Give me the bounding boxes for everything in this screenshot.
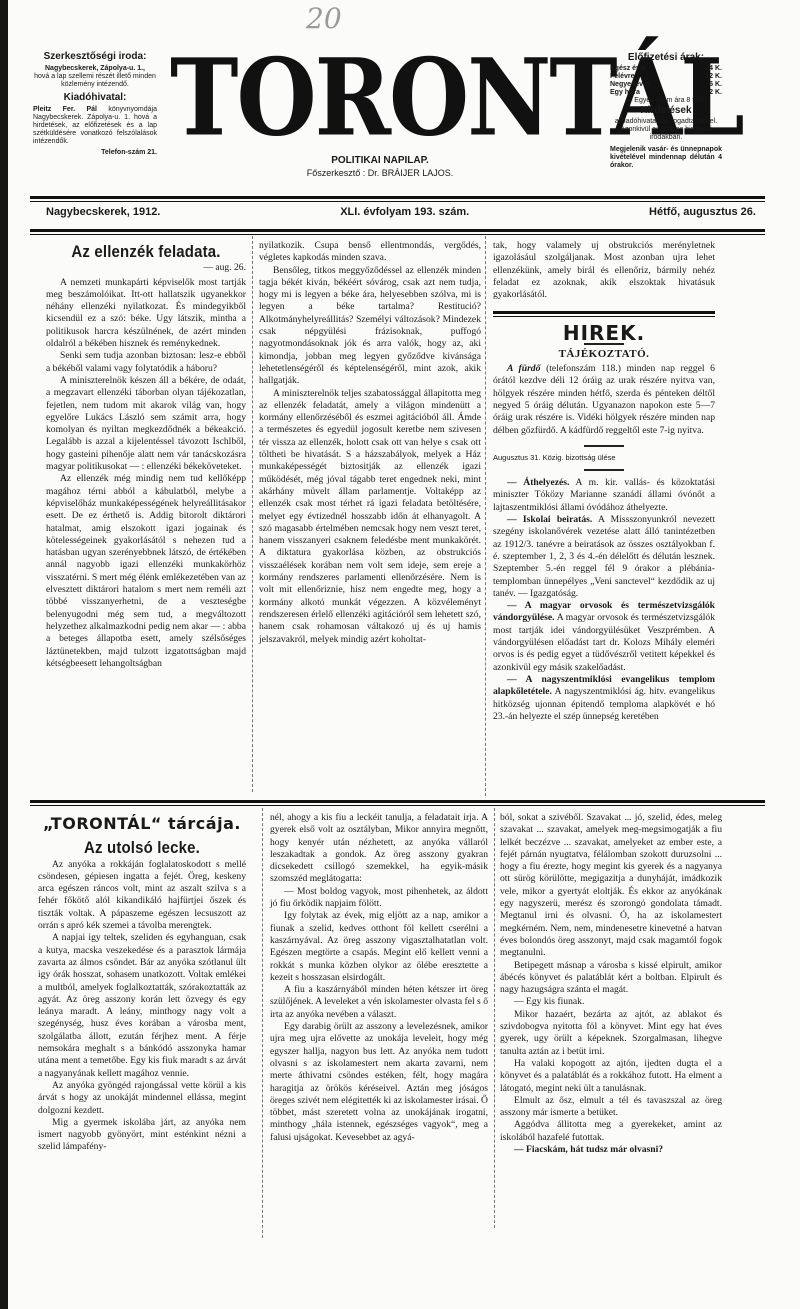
paragraph: tak, hogy valamely uj obstrukciós merény… (493, 240, 715, 301)
column-divider (252, 236, 253, 792)
single-issue-price: — Egyes szám ára 8 fillér. (610, 97, 722, 105)
editorial-column-3-news: tak, hogy valamely uj obstrukciós merény… (493, 240, 715, 723)
editorial-office-text: hová a lap szellemi részét illető minden… (33, 73, 157, 89)
paragraph: Az ellenzék még mindig nem tud kellőképp… (46, 473, 246, 670)
handwritten-note: 20 (306, 2, 342, 35)
editorial-office-address: Nagybecskerek, Zápolya-u. 1., (33, 65, 157, 73)
bath-lead: A fürdő (507, 363, 540, 374)
paragraph: Ha valaki kopogott az ajtón, ijedten dug… (500, 1058, 722, 1095)
paragraph: — Most boldog vagyok, most pihenhetek, a… (270, 886, 488, 911)
paragraph: A miniszterelnök készen áll a békére, de… (46, 375, 246, 473)
price-value: 6 K. (709, 81, 722, 89)
subscription-box: Előfizetési árak: Egész évre24 K. Félévr… (610, 52, 722, 170)
divider (584, 469, 624, 471)
paragraph: Igy folytak az évek, mig eljött az a nap… (270, 910, 488, 984)
paragraph: Egy darabig örült az asszony a levelezés… (270, 1021, 488, 1144)
feuilleton-headline: Az utolsó lecke. (50, 842, 233, 854)
paragraph: Mig a gyermek iskolába járt, az anyóka n… (38, 1117, 246, 1154)
subscription-heading: Előfizetési árak: (610, 54, 722, 62)
dateline-rule (30, 229, 765, 235)
paragraph: Bensőleg, titkos meggyőződéssel az ellen… (259, 265, 481, 388)
feuilleton-column-2: nél, ahogy a kis fiu a leckéit tanulja, … (270, 812, 488, 1144)
publisher-heading: Kiadóhivatal: (33, 91, 157, 104)
editorial-column-2: nyilatkozik. Csupa benső ellentmondás, v… (259, 240, 481, 646)
phone-number: Telefon-szám 21. (33, 149, 157, 157)
feuilleton-rule (30, 800, 765, 806)
paragraph: — Egy kis fiunak. (500, 996, 722, 1008)
editorial-office-box: Szerkesztőségi iroda: Nagybecskerek, Záp… (33, 48, 157, 157)
feuilleton-banner: „TORONTÁL“ tárcája. (38, 818, 246, 830)
issue-date: Hétfő, augusztus 26. (649, 206, 756, 218)
news-item-title: — Áthelyezés. (507, 477, 569, 488)
paragraph: A napjai igy teltek, szeliden és egyhang… (38, 932, 246, 1080)
paragraph: Aggódva állitotta meg a gyerekeket, amin… (500, 1119, 722, 1144)
place-year: Nagybecskerek, 1912. (46, 206, 160, 218)
column-divider (494, 808, 495, 1228)
price-label: Félévre (610, 73, 635, 81)
column-divider (262, 808, 263, 1238)
paragraph: A nemzeti munkapárti képviselők most tar… (46, 277, 246, 351)
masthead-rule (30, 196, 765, 202)
paragraph: Az anyóka gyöngéd rajongással vette körü… (38, 1080, 246, 1117)
paragraph: A miniszterelnök teljes szabatossággal á… (259, 388, 481, 646)
price-value: 12 K. (705, 73, 722, 81)
newspaper-subtitle-block: POLITIKAI NAPILAP. Főszerkesztő : Dr. BR… (290, 155, 470, 178)
price-label: Egész évre (610, 65, 647, 73)
editorial-dateline: — aug. 26. (46, 262, 246, 274)
price-row: Félévre12 K. (610, 73, 722, 81)
paragraph: nél, ahogy a kis fiu a leckéit tanulja, … (270, 812, 488, 886)
paragraph: — Fiacskám, hát tudsz már olvasni? (500, 1144, 722, 1156)
editorial-column-1: Az ellenzék feladata. — aug. 26. A nemze… (46, 236, 246, 670)
paragraph: Senki sem tudja azonban biztosan: lesz-e… (46, 350, 246, 375)
price-label: Egy hóra (610, 89, 640, 97)
news-item-text: A Missszonyunkról nevezett szegény iskol… (493, 514, 715, 599)
paragraph: A fiu a kaszárnyából minden héten kétsze… (270, 984, 488, 1021)
price-row: Negyedévre6 K. (610, 81, 722, 89)
feuilleton-column-3: ból, sokat a szivéből. Szavakat ... jó, … (500, 812, 722, 1156)
dateline: Nagybecskerek, 1912. XLI. évfolyam 193. … (46, 206, 756, 218)
column-divider (485, 236, 486, 796)
news-heading: HIREK. (493, 327, 715, 339)
price-row: Egész évre24 K. (610, 65, 722, 73)
committee-notice: Augusztus 31. Közig. bizottság ülése (493, 452, 715, 464)
price-label: Negyedévre (610, 81, 650, 89)
publisher-name: Pleitz Fer. Pál (33, 106, 97, 113)
paragraph: Betipegett másnap a városba s kissé elpi… (500, 960, 722, 997)
publication-schedule: Megjelenik vasár- és ünnepnapok kivételé… (610, 146, 722, 170)
paragraph: Elmult az ősz, elmult a tél és tavaszsza… (500, 1095, 722, 1120)
newspaper-subtitle: POLITIKAI NAPILAP. (290, 155, 470, 166)
price-row: Egy hóra2 K. (610, 89, 722, 97)
ads-text: a kiadóhivatalban fogadtatnak el. Azonki… (610, 118, 722, 142)
editor-in-chief: Főszerkesztő : Dr. BRÁIJER LAJOS. (290, 168, 470, 178)
paragraph: Mikor hazaért, bezárta az ajtót, az abla… (500, 1009, 722, 1058)
news-subheading: TÁJÉKOZTATÓ. (493, 348, 715, 360)
section-rule (493, 311, 715, 317)
price-value: 24 K. (705, 65, 722, 73)
editorial-headline: Az ellenzék feladata. (58, 246, 234, 258)
paragraph: ból, sokat a szivéből. Szavakat ... jó, … (500, 812, 722, 960)
volume-issue: XLI. évfolyam 193. szám. (340, 206, 469, 218)
paragraph: nyilatkozik. Csupa benső ellentmondás, v… (259, 240, 481, 265)
news-item-title: — Iskolai beiratás. (507, 514, 592, 525)
paragraph: Az anyóka a rokkáján foglalatoskodott s … (38, 859, 246, 933)
newspaper-title: TORONTÁL (170, 40, 590, 155)
masthead: 20 Szerkesztőségi iroda: Nagybecskerek, … (0, 0, 800, 200)
divider (584, 445, 624, 447)
price-value: 2 K. (709, 89, 722, 97)
feuilleton-column-1: „TORONTÁL“ tárcája. Az utolsó lecke. Az … (38, 810, 246, 1154)
editorial-office-heading: Szerkesztőségi iroda: (33, 50, 157, 63)
ads-heading: Hirdetések (610, 107, 722, 115)
